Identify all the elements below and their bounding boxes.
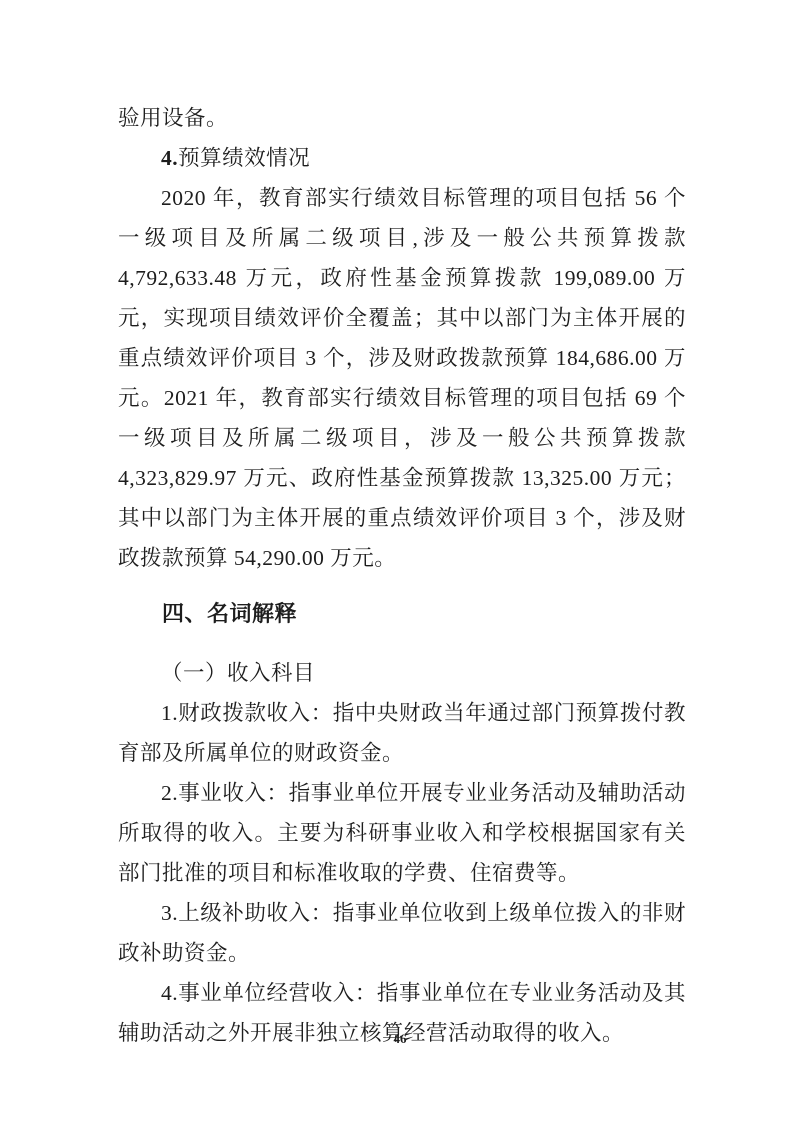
subsection-heading-income-items: （一）收入科目 xyxy=(118,653,686,693)
page-footer: 46 xyxy=(0,1030,800,1048)
heading-number: 4. xyxy=(161,146,178,170)
paragraph-term-institutional-income: 2.事业收入：指事业单位开展专业业务活动及辅助活动所取得的收入。主要为科研事业收… xyxy=(118,773,686,893)
document-page: 验用设备。 4.预算绩效情况 2020 年，教育部实行绩效目标管理的项目包括 5… xyxy=(0,0,800,1131)
paragraph-budget-performance: 2020 年，教育部实行绩效目标管理的项目包括 56 个一级项目及所属二级项目,… xyxy=(118,178,686,578)
page-number: 46 xyxy=(394,1031,407,1046)
heading-text: 预算绩效情况 xyxy=(178,146,310,170)
section-heading-glossary: 四、名词解释 xyxy=(118,594,686,634)
subsection-heading-budget-performance: 4.预算绩效情况 xyxy=(118,138,686,178)
paragraph-continuation: 验用设备。 xyxy=(118,98,686,138)
document-body: 验用设备。 4.预算绩效情况 2020 年，教育部实行绩效目标管理的项目包括 5… xyxy=(118,98,686,1053)
paragraph-term-superior-subsidy-income: 3.上级补助收入：指事业单位收到上级单位拨入的非财政补助资金。 xyxy=(118,893,686,973)
paragraph-term-fiscal-appropriation-income: 1.财政拨款收入：指中央财政当年通过部门预算拨付教育部及所属单位的财政资金。 xyxy=(118,693,686,773)
